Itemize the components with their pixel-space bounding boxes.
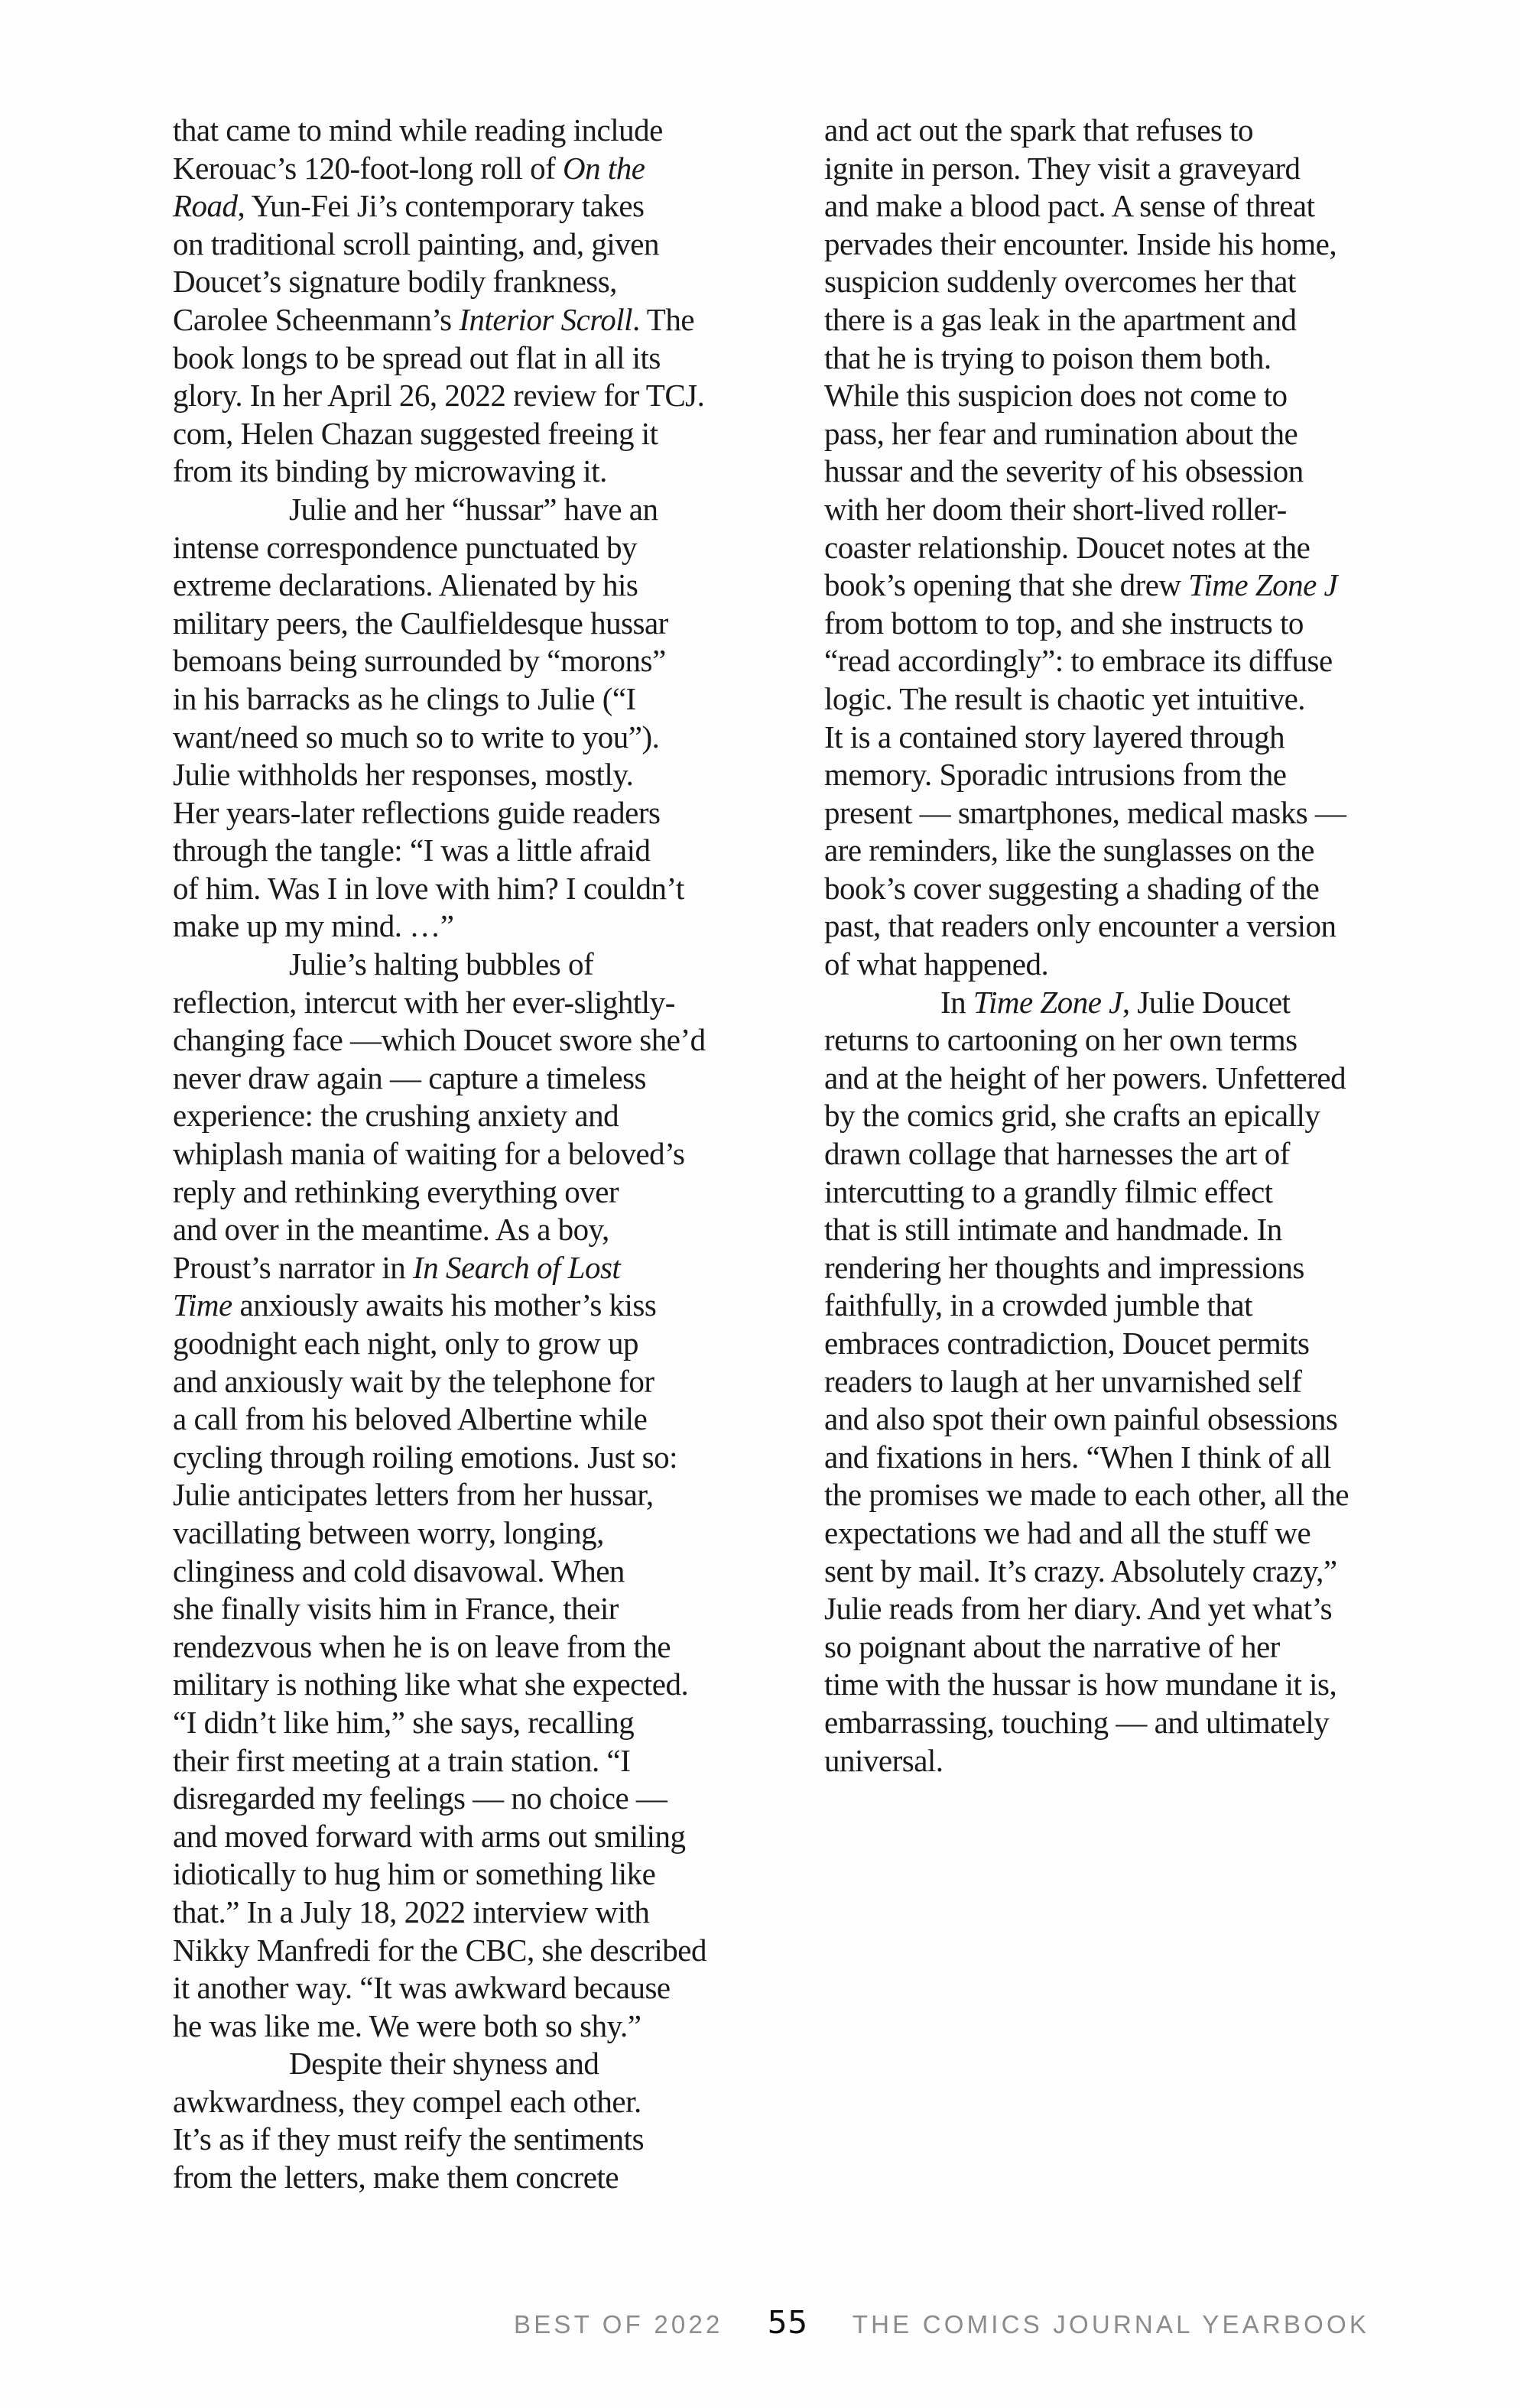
text-line: faithfully, in a crowded jumble that	[824, 1287, 1404, 1325]
text-line: time with the hussar is how mundane it i…	[824, 1666, 1404, 1704]
text-line: vacillating between worry, longing,	[173, 1514, 752, 1553]
text-line: logic. The result is chaotic yet intuiti…	[824, 680, 1404, 719]
text-line: goodnight each night, only to grow up	[173, 1325, 752, 1363]
text-line: he was like me. We were both so shy.”	[173, 2007, 752, 2046]
text-line: It is a contained story layered through	[824, 719, 1404, 757]
text-line: universal.	[824, 1742, 1404, 1780]
text-line: “I didn’t like him,” she says, recalling	[173, 1704, 752, 1742]
text-line: disregarded my feelings — no choice —	[173, 1780, 752, 1818]
text-line: with her doom their short-lived roller-	[824, 491, 1404, 529]
text-line: in his barracks as he clings to Julie (“…	[173, 680, 752, 719]
text-line: whiplash mania of waiting for a beloved’…	[173, 1135, 752, 1173]
text-line: rendering her thoughts and impressions	[824, 1249, 1404, 1287]
text-line: the promises we made to each other, all …	[824, 1476, 1404, 1514]
text-line: military is nothing like what she expect…	[173, 1666, 752, 1704]
text-line: from the letters, make them concrete	[173, 2159, 752, 2197]
text-line: hussar and the severity of his obsession	[824, 453, 1404, 491]
text-line: and fixations in hers. “When I think of …	[824, 1439, 1404, 1477]
text-line: experience: the crushing anxiety and	[173, 1097, 752, 1135]
text-line: embraces contradiction, Doucet permits	[824, 1325, 1404, 1363]
text-line: expectations we had and all the stuff we	[824, 1514, 1404, 1553]
text-line: so poignant about the narrative of her	[824, 1628, 1404, 1666]
text-line: ignite in person. They visit a graveyard	[824, 150, 1404, 188]
italic-book-title: In Search of Lost	[413, 1250, 620, 1285]
text-line: and over in the meantime. As a boy,	[173, 1211, 752, 1249]
text-line: extreme declarations. Alienated by his	[173, 566, 752, 605]
text-line: sent by mail. It’s crazy. Absolutely cra…	[824, 1553, 1404, 1591]
text-line: rendezvous when he is on leave from the	[173, 1628, 752, 1666]
text-line: reflection, intercut with her ever-sligh…	[173, 984, 752, 1022]
text-line: intercutting to a grandly filmic effect	[824, 1173, 1404, 1212]
text-line: make up my mind. …”	[173, 907, 752, 946]
text-line: readers to laugh at her unvarnished self	[824, 1363, 1404, 1401]
text-line: from bottom to top, and she instructs to	[824, 605, 1404, 643]
text-line: of what happened.	[824, 946, 1404, 984]
text-line: While this suspicion does not come to	[824, 377, 1404, 415]
text-line: that came to mind while reading include	[173, 112, 752, 150]
text-line: past, that readers only encounter a vers…	[824, 907, 1404, 946]
text-line: and at the height of her powers. Unfette…	[824, 1060, 1404, 1098]
text-line: It’s as if they must reify the sentiment…	[173, 2121, 752, 2159]
footer-publication-label: THE COMICS JOURNAL YEARBOOK	[853, 2310, 1369, 2339]
text-line: Carolee Scheenmann’s Interior Scroll. Th…	[173, 301, 752, 339]
text-line: and act out the spark that refuses to	[824, 112, 1404, 150]
text-line: Road, Yun-Fei Ji’s contemporary takes	[173, 187, 752, 226]
text-line: “read accordingly”: to embrace its diffu…	[824, 642, 1404, 680]
text-line: of him. Was I in love with him? I couldn…	[173, 870, 752, 908]
italic-book-title: Interior Scroll	[459, 302, 632, 337]
article-body: that came to mind while reading includeK…	[173, 112, 1404, 2197]
text-line: Her years-later reflections guide reader…	[173, 794, 752, 832]
text-line: clinginess and cold disavowal. When	[173, 1553, 752, 1591]
text-line: a call from his beloved Albertine while	[173, 1400, 752, 1439]
text-line: are reminders, like the sunglasses on th…	[824, 832, 1404, 870]
text-line: from its binding by microwaving it.	[173, 453, 752, 491]
text-line: intense correspondence punctuated by	[173, 529, 752, 567]
text-line: Kerouac’s 120-foot-long roll of On the	[173, 150, 752, 188]
text-line: book longs to be spread out flat in all …	[173, 339, 752, 378]
text-line: idiotically to hug him or something like	[173, 1855, 752, 1894]
text-line: bemoans being surrounded by “morons”	[173, 642, 752, 680]
text-line: suspicion suddenly overcomes her that	[824, 263, 1404, 301]
text-line: present — smartphones, medical masks —	[824, 794, 1404, 832]
text-line: memory. Sporadic intrusions from the	[824, 756, 1404, 794]
text-line: military peers, the Caulfieldesque hussa…	[173, 605, 752, 643]
text-line: Time anxiously awaits his mother’s kiss	[173, 1287, 752, 1325]
article-column-right: and act out the spark that refuses toign…	[824, 112, 1404, 2197]
text-line: book’s cover suggesting a shading of the	[824, 870, 1404, 908]
text-line: want/need so much so to write to you”).	[173, 719, 752, 757]
text-line: pervades their encounter. Inside his hom…	[824, 226, 1404, 264]
text-line: Julie withholds her responses, mostly.	[173, 756, 752, 794]
text-line: she finally visits him in France, their	[173, 1590, 752, 1628]
text-line: never draw again — capture a timeless	[173, 1060, 752, 1098]
article-column-left: that came to mind while reading includeK…	[173, 112, 752, 2197]
italic-book-title: Road	[173, 188, 238, 223]
text-line: pass, her fear and rumination about the	[824, 415, 1404, 453]
text-line: Julie anticipates letters from her hussa…	[173, 1476, 752, 1514]
text-line: cycling through roiling emotions. Just s…	[173, 1439, 752, 1477]
italic-book-title: On the	[563, 151, 645, 186]
text-line: embarrassing, touching — and ultimately	[824, 1704, 1404, 1742]
text-line: through the tangle: “I was a little afra…	[173, 832, 752, 870]
italic-book-title: Time	[173, 1287, 232, 1322]
italic-book-title: Time Zone J	[1188, 567, 1337, 602]
text-line: and also spot their own painful obsessio…	[824, 1400, 1404, 1439]
magazine-page: that came to mind while reading includeK…	[0, 0, 1520, 2408]
footer-section-label: BEST OF 2022	[514, 2310, 723, 2339]
page-number: 55	[768, 2304, 808, 2341]
text-line: that is still intimate and handmade. In	[824, 1211, 1404, 1249]
text-line: and moved forward with arms out smiling	[173, 1818, 752, 1856]
text-line: on traditional scroll painting, and, giv…	[173, 226, 752, 264]
text-line: that.” In a July 18, 2022 interview with	[173, 1894, 752, 1932]
text-line: Julie’s halting bubbles of	[173, 946, 752, 984]
text-line: and make a blood pact. A sense of threat	[824, 187, 1404, 226]
text-line: their first meeting at a train station. …	[173, 1742, 752, 1780]
text-line: by the comics grid, she crafts an epical…	[824, 1097, 1404, 1135]
page-footer: BEST OF 2022 55 THE COMICS JOURNAL YEARB…	[514, 2304, 1369, 2341]
text-line: reply and rethinking everything over	[173, 1173, 752, 1212]
text-line: Nikky Manfredi for the CBC, she describe…	[173, 1932, 752, 1970]
text-line: changing face —which Doucet swore she’d	[173, 1021, 752, 1060]
text-line: that he is trying to poison them both.	[824, 339, 1404, 378]
text-line: com, Helen Chazan suggested freeing it	[173, 415, 752, 453]
text-line: there is a gas leak in the apartment and	[824, 301, 1404, 339]
text-line: coaster relationship. Doucet notes at th…	[824, 529, 1404, 567]
text-line: awkwardness, they compel each other.	[173, 2083, 752, 2121]
text-line: Doucet’s signature bodily frankness,	[173, 263, 752, 301]
text-line: Despite their shyness and	[173, 2045, 752, 2083]
text-line: book’s opening that she drew Time Zone J	[824, 566, 1404, 605]
text-line: drawn collage that harnesses the art of	[824, 1135, 1404, 1173]
text-line: and anxiously wait by the telephone for	[173, 1363, 752, 1401]
text-line: In Time Zone J, Julie Doucet	[824, 984, 1404, 1022]
italic-book-title: Time Zone J	[973, 985, 1122, 1020]
text-line: Julie and her “hussar” have an	[173, 491, 752, 529]
text-line: glory. In her April 26, 2022 review for …	[173, 377, 752, 415]
text-line: Julie reads from her diary. And yet what…	[824, 1590, 1404, 1628]
text-line: Proust’s narrator in In Search of Lost	[173, 1249, 752, 1287]
text-line: it another way. “It was awkward because	[173, 1969, 752, 2007]
text-line: returns to cartooning on her own terms	[824, 1021, 1404, 1060]
